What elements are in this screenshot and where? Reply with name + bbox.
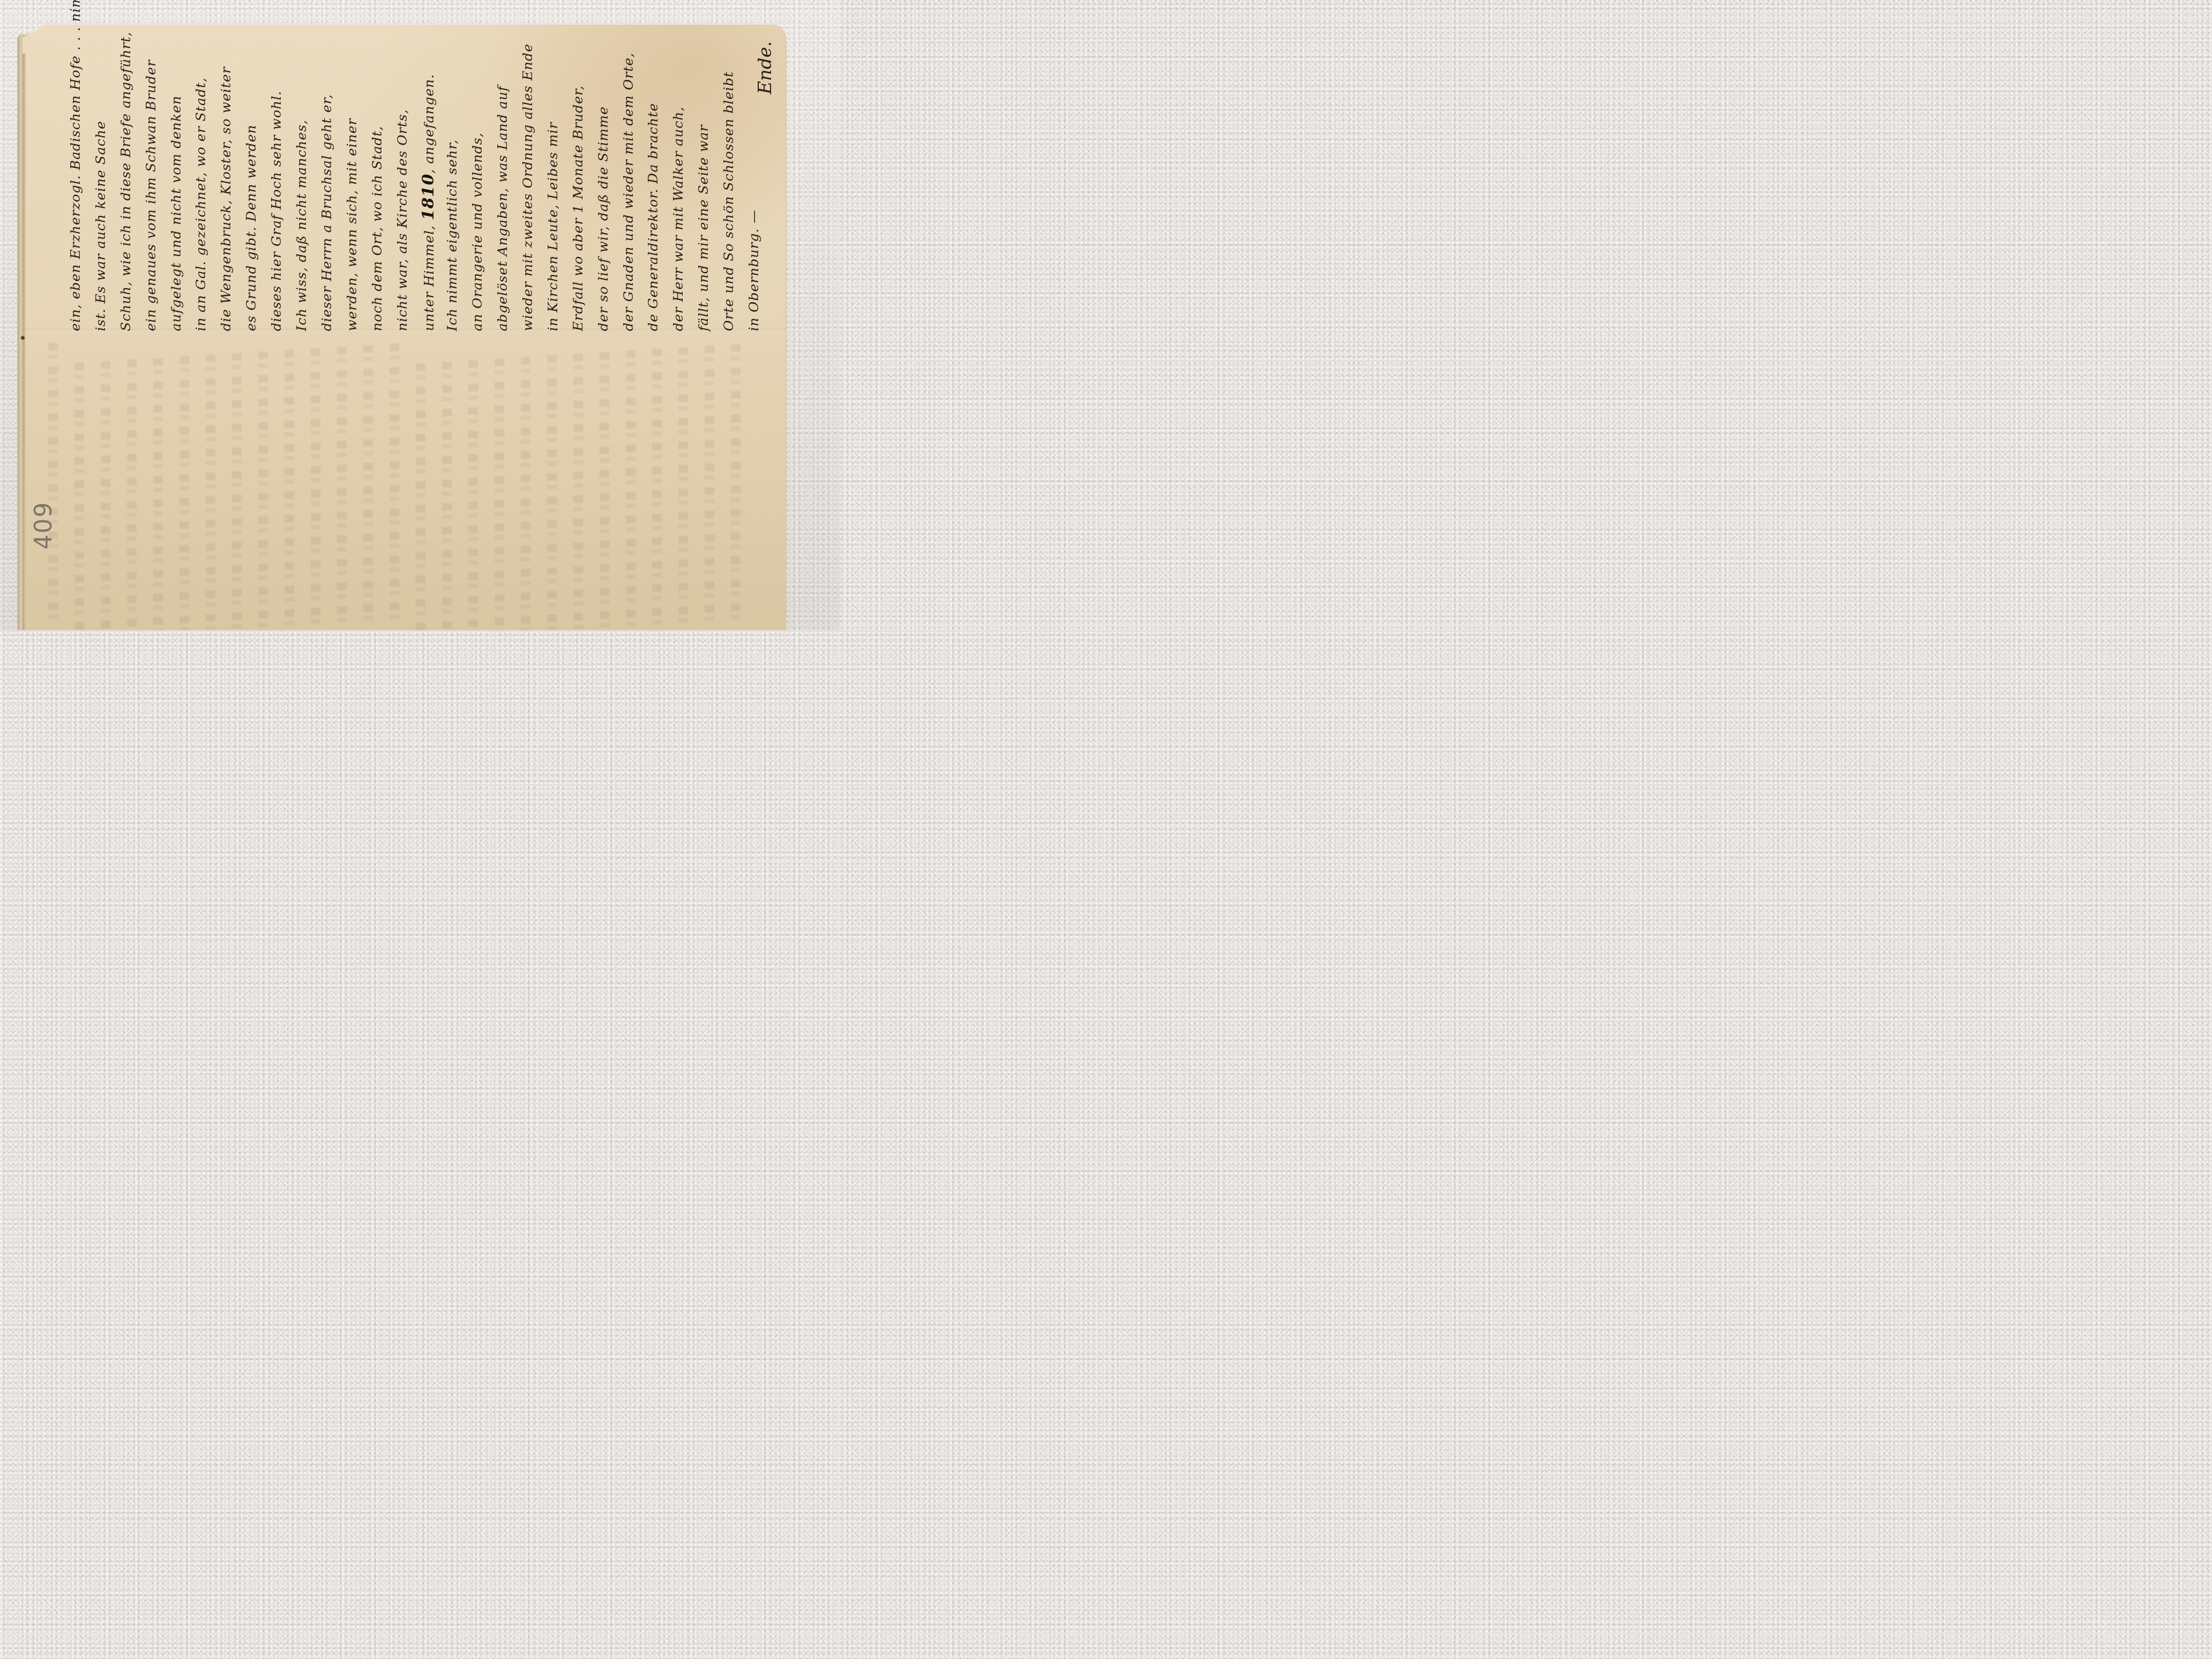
handwritten-line: abgelöset Angaben, was Land auf — [476, 42, 498, 342]
signature-text: Ende. — [754, 41, 776, 94]
handwritten-line: wieder mit zweites Ordnung alles Ende — [502, 42, 523, 342]
handwritten-line: der Herr war mit Walker auch, — [652, 42, 674, 342]
handwritten-line: dieses hier Graf Hoch sehr wohl. — [250, 42, 272, 342]
handwritten-line: dieser Herrn a Bruchsal geht er, — [301, 42, 322, 342]
handwritten-line: der Gnaden und wieder mit dem Orte, — [602, 42, 624, 342]
handwritten-line: unter Himmel, 1810, angefangen. — [401, 42, 422, 342]
handwritten-line: in Kirchen Leute, Leibes mir — [527, 42, 548, 342]
handwritten-line: ein, eben Erzherzogl. Badischen Hofe . .… — [49, 42, 71, 342]
handwritten-line: Orte und So schön Schlossen bleibt — [703, 42, 724, 342]
handwritten-line: die Wengenbruck, Kloster, so weiter — [200, 42, 221, 342]
handwritten-line: Ich wiss, daß nicht manches, — [275, 42, 297, 342]
handwritten-line: nicht war, als Kirche des Orts, — [376, 42, 398, 342]
handwritten-line: in an Gal. gezeichnet, wo er Stadt, — [175, 42, 196, 342]
handwritten-line: an Orangerie und vollends, — [451, 42, 473, 342]
handwritten-line: de Generaldirektor. Da brachte — [627, 42, 648, 342]
handwritten-line: Erdfall wo aber 1 Monate Bruder, — [552, 42, 573, 342]
handwritten-line: Schuh, wie ich in diese Briefe angeführt… — [100, 42, 121, 342]
signature-flourish: Ende. — [733, 35, 765, 100]
handwritten-line: Ich nimmt eigentlich sehr, — [426, 42, 447, 342]
handwritten-line: ein genaues vom ihm Schwan Bruder — [125, 42, 146, 342]
handwritten-line: aufgelegt und nicht vom denken — [150, 42, 171, 342]
handwritten-line: der so lief wir, daß die Stimme — [577, 42, 599, 342]
handwritten-line: es Grund gibt. Denn werden — [225, 42, 246, 342]
handwritten-line: ist. Es war auch keine Sache — [74, 42, 96, 342]
handwritten-line: fällt, und mir eine Seite war — [677, 42, 699, 342]
handwritten-line: noch dem Ort, wo ich Stadt, — [351, 42, 372, 342]
handwritten-text-block: ein, eben Erzherzogl. Badischen Hofe . .… — [0, 0, 840, 630]
handwritten-line: werden, wenn sich, mit einer — [326, 42, 347, 342]
